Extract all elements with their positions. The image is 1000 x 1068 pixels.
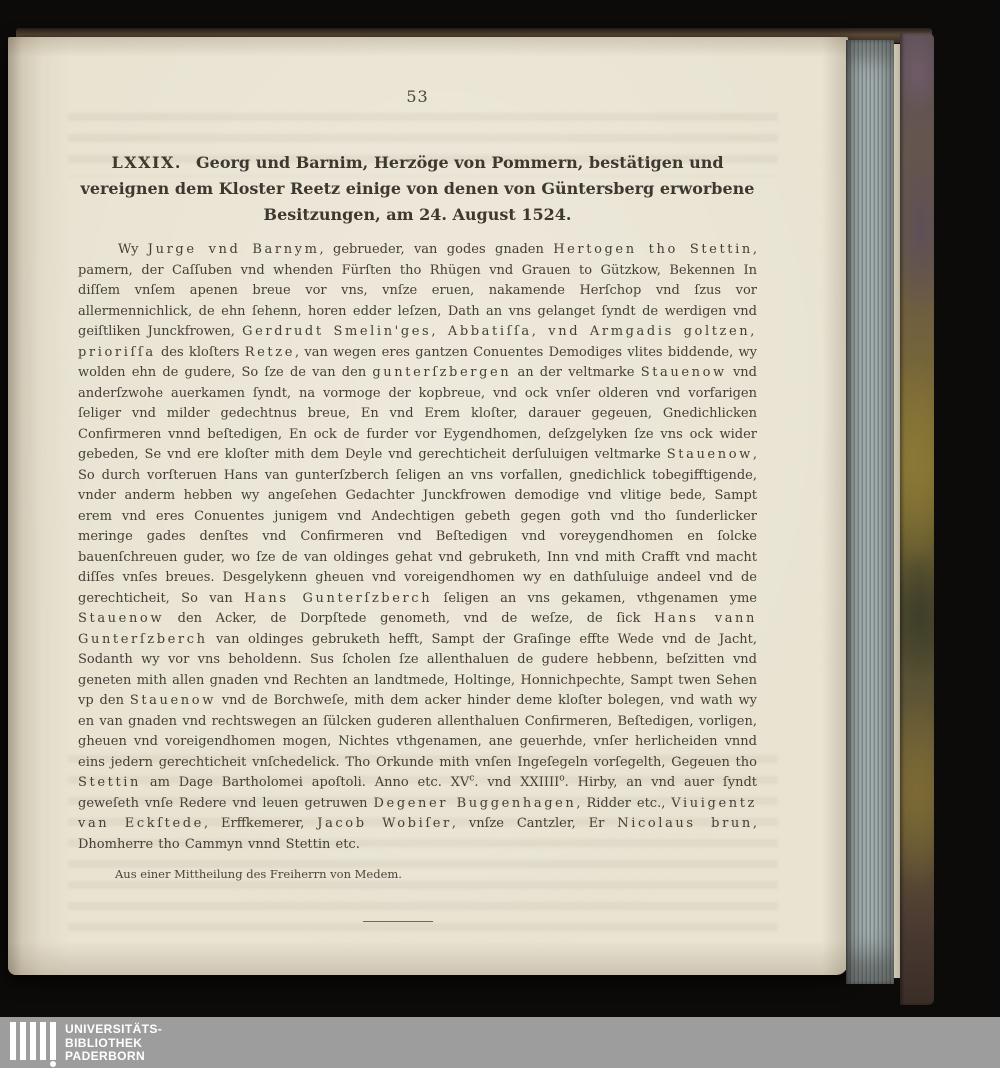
end-rule [363, 921, 433, 922]
marbled-cover [900, 33, 934, 1005]
page-number: 53 [78, 87, 757, 106]
library-logo: UNIVERSITÄTS- BIBLIOTHEK PADERBORN [10, 1022, 162, 1064]
page-stack-fore-edge [846, 40, 894, 984]
book-page: 53 LXXIX.Georg und Barnim, Herzöge von P… [8, 37, 848, 975]
logo-text-line2: BIBLIOTHEK [65, 1037, 162, 1051]
page-content: 53 LXXIX.Georg und Barnim, Herzöge von P… [8, 37, 848, 922]
source-footnote: Aus einer Mittheilung des Freiherrn von … [115, 867, 757, 881]
scan-background: 53 LXXIX.Georg und Barnim, Herzöge von P… [0, 0, 1000, 1068]
logo-dot-icon [50, 1061, 56, 1067]
logo-text-line3: PADERBORN [65, 1050, 162, 1064]
watermark-bar: UNIVERSITÄTS- BIBLIOTHEK PADERBORN [0, 1017, 1000, 1068]
charter-numeral: LXXIX. [111, 153, 182, 172]
charter-body-text: Wy Jurge vnd Barnym, gebrueder, van gode… [78, 240, 757, 855]
logo-text-line1: UNIVERSITÄTS- [65, 1023, 162, 1037]
logo-bars-icon [10, 1022, 56, 1060]
logo-text: UNIVERSITÄTS- BIBLIOTHEK PADERBORN [65, 1022, 162, 1064]
charter-heading: LXXIX.Georg und Barnim, Herzöge von Pomm… [78, 150, 757, 228]
